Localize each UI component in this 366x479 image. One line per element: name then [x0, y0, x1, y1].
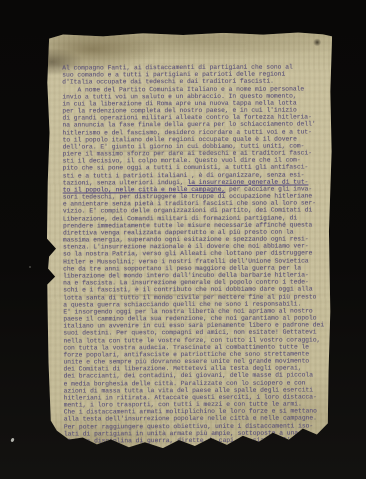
document-page: Al compagno Fanti, ai distaccamenti di p…	[43, 31, 335, 451]
typewritten-text: Al compagno Fanti, ai distaccamenti di p…	[62, 63, 330, 444]
dust-speck	[29, 266, 31, 268]
document-line: stretta disciplina di guerra, dirette da…	[64, 436, 330, 444]
dust-speck	[10, 438, 14, 443]
photo-background: Al compagno Fanti, ai distaccamenti di p…	[0, 0, 366, 479]
